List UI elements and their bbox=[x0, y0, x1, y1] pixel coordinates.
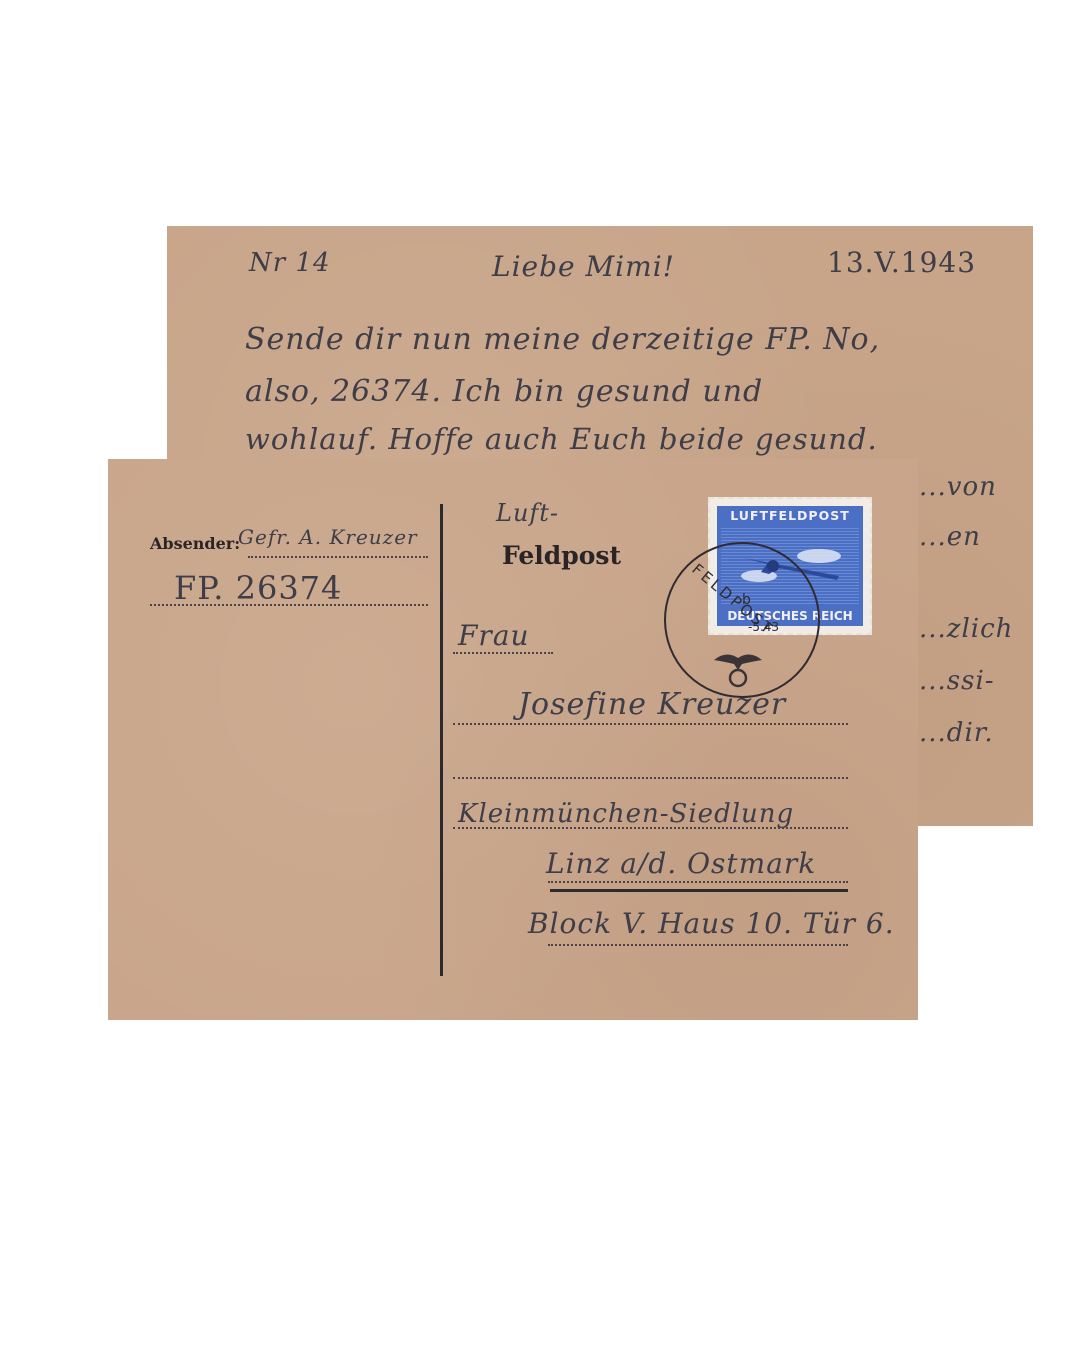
sender-fp-number: FP. 26374 bbox=[174, 569, 342, 607]
letter-number: Nr 14 bbox=[249, 248, 331, 278]
address-line-d bbox=[453, 827, 848, 829]
address-line-2: Linz a/d. Ostmark bbox=[546, 847, 816, 880]
sender-line-2 bbox=[150, 604, 428, 606]
letter-line-8: ...dir. bbox=[919, 718, 994, 748]
letter-date: 13.V.1943 bbox=[827, 246, 976, 279]
address-line-a bbox=[453, 652, 553, 654]
sender-label: Absender: bbox=[150, 534, 240, 553]
address-line-1: Kleinmünchen-Siedlung bbox=[458, 799, 794, 829]
sender-name: Gefr. A. Kreuzer bbox=[238, 525, 418, 549]
recipient-salutation: Frau bbox=[458, 619, 530, 652]
address-line-b bbox=[453, 723, 848, 725]
address-underline bbox=[550, 889, 848, 892]
postmark-code: b bbox=[742, 592, 751, 608]
address-line-f bbox=[548, 944, 848, 946]
letter-line-2: also, 26374. Ich bin gesund und bbox=[245, 374, 763, 409]
address-line-c bbox=[453, 777, 848, 779]
letter-line-7: ...ssi- bbox=[919, 666, 995, 696]
address-line-3: Block V. Haus 10. Tür 6. bbox=[528, 907, 895, 940]
letter-line-5: ...en bbox=[919, 522, 981, 552]
postmark-emblem-icon bbox=[712, 648, 764, 688]
sender-line-1 bbox=[248, 556, 428, 558]
card-divider bbox=[440, 504, 443, 976]
address-line-e bbox=[548, 881, 848, 883]
letter-line-1: Sende dir nun meine derzeitige FP. No, bbox=[245, 322, 880, 357]
letter-line-4: ...von bbox=[919, 472, 997, 502]
service-printed: Feldpost bbox=[502, 541, 621, 570]
stamp-top-text: LUFTFELDPOST bbox=[721, 508, 859, 523]
greeting: Liebe Mimi! bbox=[492, 250, 675, 283]
service-handwritten: Luft- bbox=[496, 499, 559, 527]
postmark-date: -5.43 bbox=[748, 620, 779, 634]
letter-line-6: ...zlich bbox=[919, 614, 1013, 644]
letter-line-3: wohlauf. Hoffe auch Euch beide gesund. bbox=[245, 422, 878, 456]
